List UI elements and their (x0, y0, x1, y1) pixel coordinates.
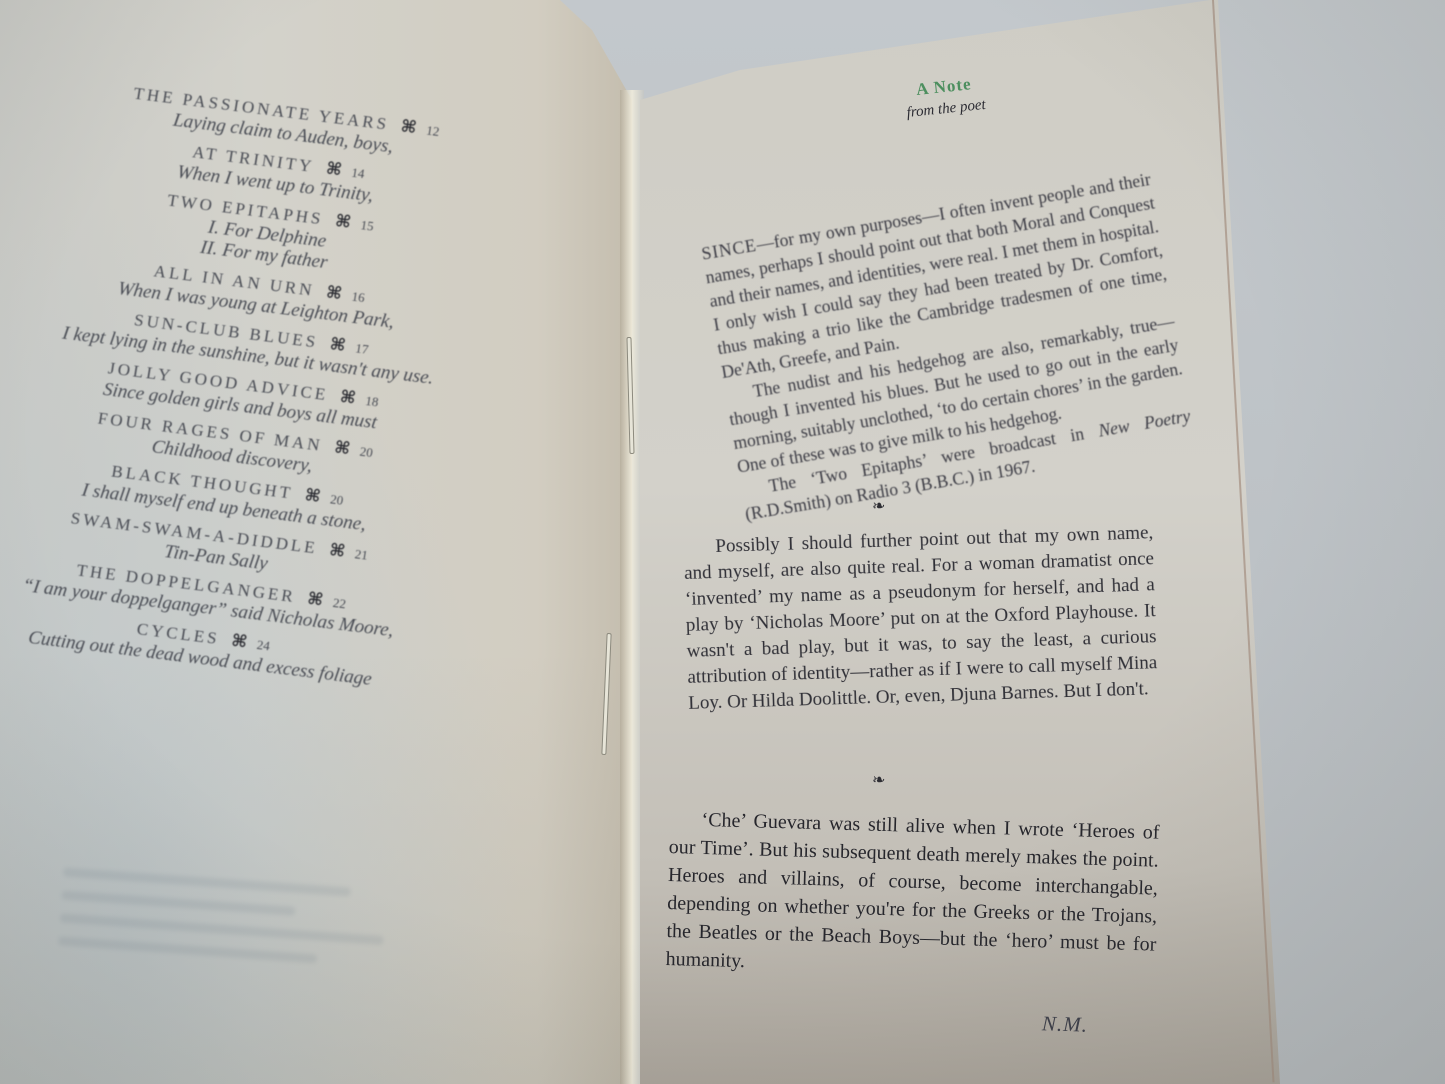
page-number: 15 (360, 217, 375, 233)
note-section-3: ‘Che’ Guevara was still alive when I wro… (665, 805, 1159, 987)
page-number: 16 (351, 289, 366, 305)
section-mark-icon: ⌘ (328, 334, 347, 356)
fleuron-ornament-icon: ❧ (872, 770, 886, 789)
open-book-photo: The Passionate Years⌘12Laying claim to A… (0, 0, 1445, 1084)
page-number: 17 (354, 341, 369, 357)
table-of-contents: The Passionate Years⌘12Laying claim to A… (0, 72, 536, 708)
section-mark-icon: ⌘ (306, 589, 325, 611)
section-mark-icon: ⌘ (230, 631, 249, 653)
section-mark-icon: ⌘ (325, 283, 344, 305)
note-from-the-poet: A Note from the poet SINCE—for my own pu… (700, 76, 1160, 120)
section-mark-icon: ⌘ (328, 540, 347, 562)
section-mark-icon: ⌘ (324, 159, 343, 181)
page-number: 20 (359, 444, 374, 460)
fleuron-ornament-icon: ❧ (872, 496, 886, 516)
page-number: 24 (256, 637, 271, 653)
section-mark-icon: ⌘ (338, 387, 357, 409)
section-mark-icon: ⌘ (333, 438, 352, 460)
note-section-2: Possibly I should further point out that… (683, 520, 1158, 717)
page-number: 18 (364, 393, 379, 409)
section-mark-icon: ⌘ (303, 486, 322, 508)
page-number: 21 (354, 546, 369, 562)
section-mark-icon: ⌘ (334, 211, 353, 233)
page-number: 12 (425, 123, 440, 139)
page-number: 14 (350, 165, 365, 181)
paragraph: ‘Che’ Guevara was still alive when I wro… (665, 805, 1159, 987)
section-mark-icon: ⌘ (399, 117, 418, 139)
page-number: 20 (329, 492, 344, 508)
signature-initials: N.M. (1042, 1011, 1089, 1038)
paragraph: Possibly I should further point out that… (683, 520, 1158, 717)
show-through-text (57, 868, 423, 985)
page-number: 22 (332, 595, 347, 611)
